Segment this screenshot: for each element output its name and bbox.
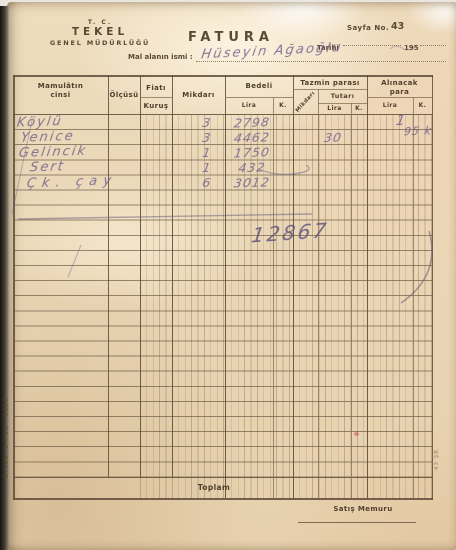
- form-code-left: Örnek: 1 - 50 - 1950: [3, 397, 10, 478]
- clerk-signature-label: Satış Memuru: [328, 505, 398, 514]
- scanned-invoice: T. C. TEKEL GENEL MÜDÜRLÜĞÜ FATURA Sayfa…: [0, 0, 456, 550]
- total-row-label: Toplam: [191, 483, 237, 492]
- form-code-right: 43 ŞB: [434, 449, 440, 470]
- clerk-signature-line: [298, 522, 416, 523]
- pencil-strokes: [0, 0, 456, 550]
